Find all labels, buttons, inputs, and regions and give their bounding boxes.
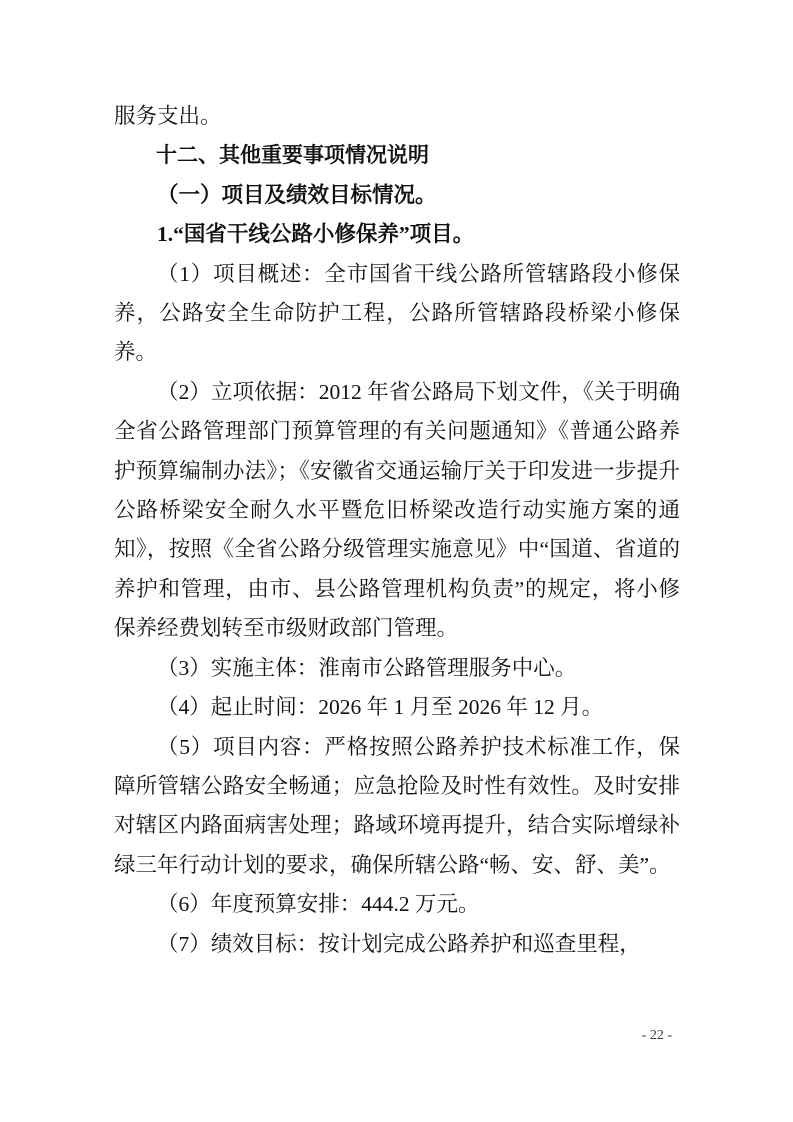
section-heading-12: 十二、其他重要事项情况说明 (114, 136, 680, 175)
subsection-heading-1: （一）项目及绩效目标情况。 (114, 176, 680, 215)
paragraph-performance-target: （7）绩效目标：按计划完成公路养护和巡查里程， (114, 925, 680, 964)
document-page: 服务支出。 十二、其他重要事项情况说明 （一）项目及绩效目标情况。 1.“国省干… (0, 0, 793, 1122)
paragraph-project-content: （5）项目内容：严格按照公路养护技术标准工作，保障所管辖公路安全畅通；应急抢险及… (114, 728, 680, 886)
paragraph-implementing-entity: （3）实施主体：淮南市公路管理服务中心。 (114, 649, 680, 688)
paragraph-project-overview: （1）项目概述：全市国省干线公路所管辖路段小修保养，公路安全生命防护工程，公路所… (114, 255, 680, 373)
document-body: 服务支出。 十二、其他重要事项情况说明 （一）项目及绩效目标情况。 1.“国省干… (114, 97, 680, 964)
paragraph-continuation: 服务支出。 (114, 97, 680, 136)
project-title-heading: 1.“国省干线公路小修保养”项目。 (114, 215, 680, 254)
paragraph-project-basis: （2）立项依据：2012 年省公路局下划文件，《关于明确全省公路管理部门预算管理… (114, 373, 680, 649)
paragraph-time-span: （4）起止时间：2026 年 1 月至 2026 年 12 月。 (114, 688, 680, 727)
paragraph-annual-budget: （6）年度预算安排：444.2 万元。 (114, 885, 680, 924)
page-number: - 22 - (0, 1026, 672, 1046)
